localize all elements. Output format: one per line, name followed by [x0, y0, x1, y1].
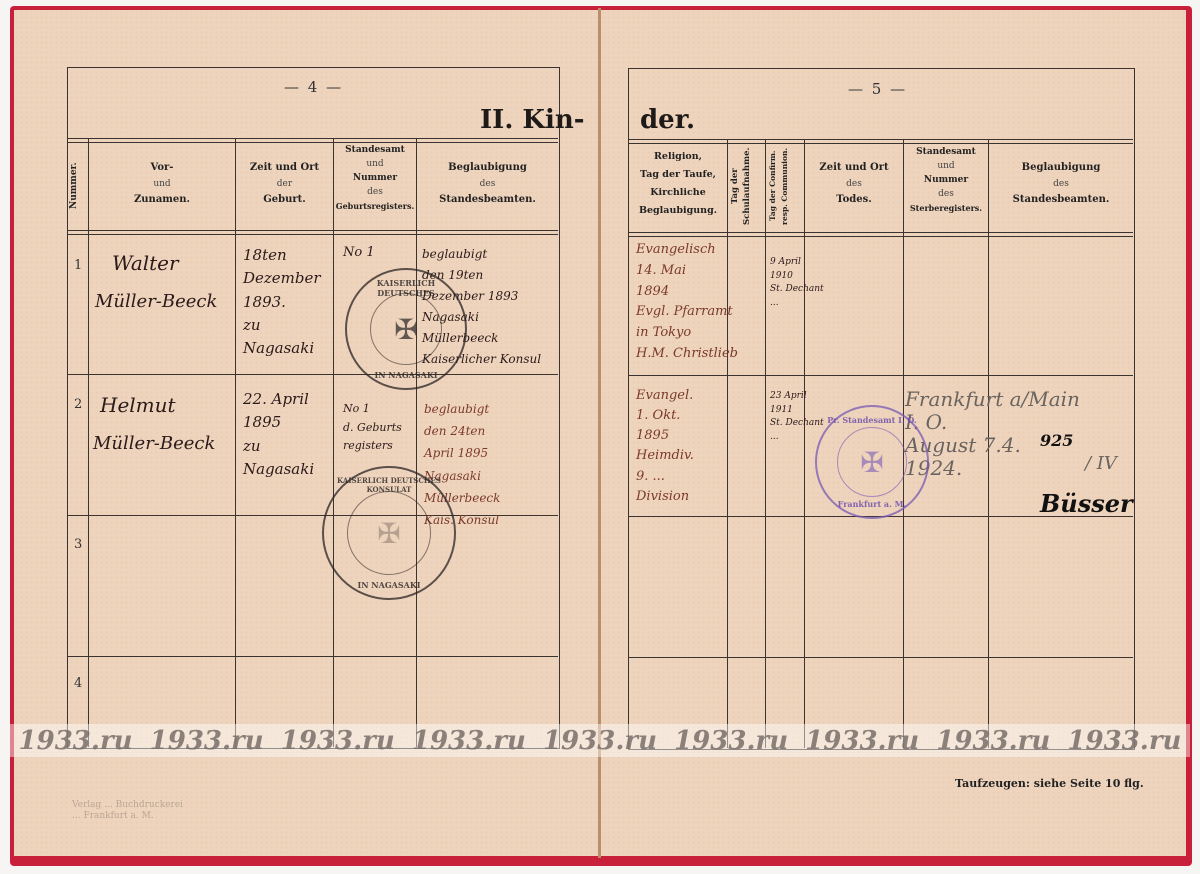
- stamp-inner-ring: [837, 427, 907, 497]
- watermark-band: 1933.ru 1933.ru 1933.ru 1933.ru 1933.ru …: [10, 724, 1190, 757]
- child2-last-name: Müller-Beeck: [93, 432, 215, 456]
- watermark-text: 1933.ru: [543, 726, 657, 756]
- header-number: Nummer.: [68, 145, 88, 227]
- header-school: Tag der Schulaufnahme.: [729, 142, 765, 230]
- row-divider: [629, 375, 1133, 376]
- consulate-stamp-2: KAISERLICH DEUTSCHES KONSULAT ✠ IN NAGAS…: [322, 466, 456, 600]
- row-divider: [68, 374, 558, 375]
- stamp-inner-ring: [370, 293, 442, 365]
- left-section-title: II. Kin-: [480, 105, 585, 135]
- consulate-stamp-1: KAISERLICH DEUTSCHES ✠ IN NAGASAKI: [345, 268, 467, 390]
- watermark-text: 1933.ru: [19, 726, 133, 756]
- watermark-text: 1933.ru: [936, 726, 1050, 756]
- child1-last-name: Müller-Beeck: [95, 290, 217, 314]
- row-number: 4: [74, 676, 82, 691]
- header-death: Zeit und Ort des Todes.: [805, 160, 903, 208]
- child2-registry-suffix: / IV: [1085, 452, 1117, 476]
- imperial-eagle-icon: ✠: [377, 517, 400, 550]
- row-number: 3: [74, 537, 82, 552]
- header-certification: Beglaubigung des Standesbeamten.: [417, 160, 558, 208]
- header-confirmation: Tag der Confirm. resp. Communion.: [767, 142, 803, 230]
- col-divider: [333, 139, 334, 747]
- header-top-rule: [68, 138, 558, 143]
- watermark-text: 1933.ru: [281, 726, 395, 756]
- col-divider: [88, 139, 89, 747]
- watermark-text: 1933.ru: [805, 726, 919, 756]
- child1-religion: Evangelisch 14. Mai 1894 Evgl. Pfarramt …: [636, 240, 738, 365]
- child1-registry: No 1: [343, 244, 375, 262]
- child2-first-name: Helmut: [100, 392, 176, 419]
- header-registry: Standesamt und Nummer des Geburtsregiste…: [334, 143, 416, 213]
- child1-confirmation: 9 April 1910 St. Dechant ...: [770, 256, 824, 310]
- watermark-text: 1933.ru: [412, 726, 526, 756]
- child1-birth: 18ten Dezember 1893. zu Nagasaki: [243, 244, 321, 360]
- header-certification-right: Beglaubigung des Standesbeamten.: [989, 160, 1133, 208]
- header-names: Vor- und Zunamen.: [89, 160, 235, 208]
- watermark-text: 1933.ru: [1067, 726, 1181, 756]
- left-page-number: — 4 —: [284, 78, 343, 96]
- child1-first-name: Walter: [112, 250, 179, 277]
- col-divider: [804, 140, 805, 748]
- right-page-number: — 5 —: [848, 80, 907, 98]
- frankfurt-registry-stamp: Pr. Standesamt I. O. ✠ Frankfurt a. M.: [815, 405, 929, 519]
- header-religion: Religion, Tag der Taufe, Kirchliche Begl…: [629, 148, 727, 220]
- header-death-registry: Standesamt und Nummer des Sterberegister…: [904, 145, 988, 215]
- header-bottom-rule: [68, 230, 558, 235]
- watermark-text: 1933.ru: [674, 726, 788, 756]
- faint-imprint: Verlag ... Buchdruckerei ... Frankfurt a…: [72, 800, 183, 822]
- row-divider: [68, 656, 558, 657]
- registrar-signature: Büsser: [1040, 488, 1133, 520]
- child2-registry-number: 925: [1040, 430, 1073, 452]
- header-birth: Zeit und Ort der Geburt.: [236, 160, 333, 208]
- col-divider: [727, 140, 728, 748]
- col-divider: [416, 139, 417, 747]
- header-bottom-rule: [629, 232, 1133, 237]
- child2-birth: 22. April 1895 zu Nagasaki: [243, 388, 314, 481]
- header-top-rule: [629, 139, 1133, 144]
- child2-religion: Evangel. 1. Okt. 1895 Heimdiv. 9. ... Di…: [636, 386, 694, 507]
- col-divider: [765, 140, 766, 748]
- row-divider: [629, 657, 1133, 658]
- col-divider: [235, 139, 236, 747]
- row-number: 2: [74, 397, 82, 412]
- footnote: Taufzeugen: siehe Seite 10 flg.: [955, 777, 1144, 790]
- right-section-title: der.: [640, 105, 695, 135]
- row-number: 1: [74, 258, 82, 273]
- child2-confirmation: 23 April 1911 St. Dechant ...: [770, 390, 824, 444]
- watermark-text: 1933.ru: [150, 726, 264, 756]
- child2-registry: No 1 d. Geburts registers: [343, 400, 402, 456]
